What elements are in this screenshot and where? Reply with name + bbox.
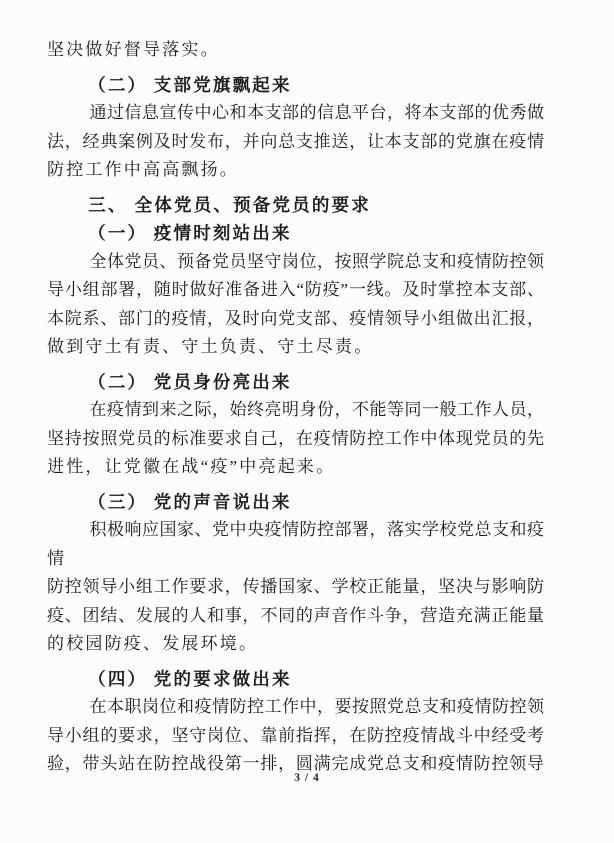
section-heading-part3: 三、 全体党员、预备党员的要求 <box>47 191 544 220</box>
body-line: 导小组的要求，坚守岗位、靠前指挥，在防控疫情战斗中经受考 <box>47 722 544 751</box>
body-line: 疫、团结、发展的人和事，不同的声音作斗争，营造充满正能量 <box>47 602 544 631</box>
subheading-flag-section: （二） 支部党旗飘起来 <box>47 71 544 100</box>
body-line: 全体党员、预备党员坚守岗位，按照学院总支和疫情防控领 <box>47 248 544 277</box>
paragraph-sub1: 全体党员、预备党员坚守岗位，按照学院总支和疫情防控领 导小组部署，随时做好准备进… <box>47 248 544 362</box>
document-page: 坚决做好督导落实。 （二） 支部党旗飘起来 通过信息宣传中心和本支部的信息平台，… <box>0 0 614 843</box>
subheading-1: （一） 疫情时刻站出来 <box>47 219 544 248</box>
body-line: 的校园防疫、发展环境。 <box>47 630 544 659</box>
body-line: 做到守土有责、守土负责、守土尽责。 <box>47 333 544 362</box>
body-line: 坚决做好督导落实。 <box>47 36 544 65</box>
body-line: 积极响应国家、党中央疫情防控部署，落实学校党总支和疫情 <box>47 516 544 573</box>
subheading-3: （三） 党的声音说出来 <box>47 488 544 517</box>
body-line: 在本职岗位和疫情防控工作中，要按照党总支和疫情防控领 <box>47 693 544 722</box>
paragraph-flag-section: 通过信息宣传中心和本支部的信息平台，将本支部的优秀做 法，经典案例及时发布，并向… <box>47 99 544 185</box>
page-number: 3 / 4 <box>0 772 614 784</box>
paragraph-continuation: 坚决做好督导落实。 <box>47 36 544 65</box>
body-line: 通过信息宣传中心和本支部的信息平台，将本支部的优秀做 <box>47 99 544 128</box>
body-line: 法，经典案例及时发布，并向总支推送，让本支部的党旗在疫情 <box>47 128 544 157</box>
subheading-4: （四） 党的要求做出来 <box>47 665 544 694</box>
paragraph-sub4: 在本职岗位和疫情防控工作中，要按照党总支和疫情防控领 导小组的要求，坚守岗位、靠… <box>47 693 544 779</box>
paragraph-sub2: 在疫情到来之际，始终亮明身份，不能等同一般工作人员， 坚持按照党员的标准要求自己… <box>47 396 544 482</box>
paragraph-sub3: 积极响应国家、党中央疫情防控部署，落实学校党总支和疫情 防控领导小组工作要求，传… <box>47 516 544 659</box>
scan-artifact <box>285 617 292 621</box>
body-line: 坚持按照党员的标准要求自己，在疫情防控工作中体现党员的先 <box>47 425 544 454</box>
body-line: 导小组部署，随时做好准备进入“防疫”一线。及时掌控本支部、 <box>47 276 544 305</box>
body-line: 防控领导小组工作要求，传播国家、学校正能量，坚决与影响防 <box>47 573 544 602</box>
body-line: 进性，让党徽在战“疫”中亮起来。 <box>47 453 544 482</box>
body-line: 本院系、部门的疫情，及时向党支部、疫情领导小组做出汇报， <box>47 305 544 334</box>
subheading-2: （二） 党员身份亮出来 <box>47 368 544 397</box>
body-line: 在疫情到来之际，始终亮明身份，不能等同一般工作人员， <box>47 396 544 425</box>
body-line: 防控工作中高高飘扬。 <box>47 156 544 185</box>
